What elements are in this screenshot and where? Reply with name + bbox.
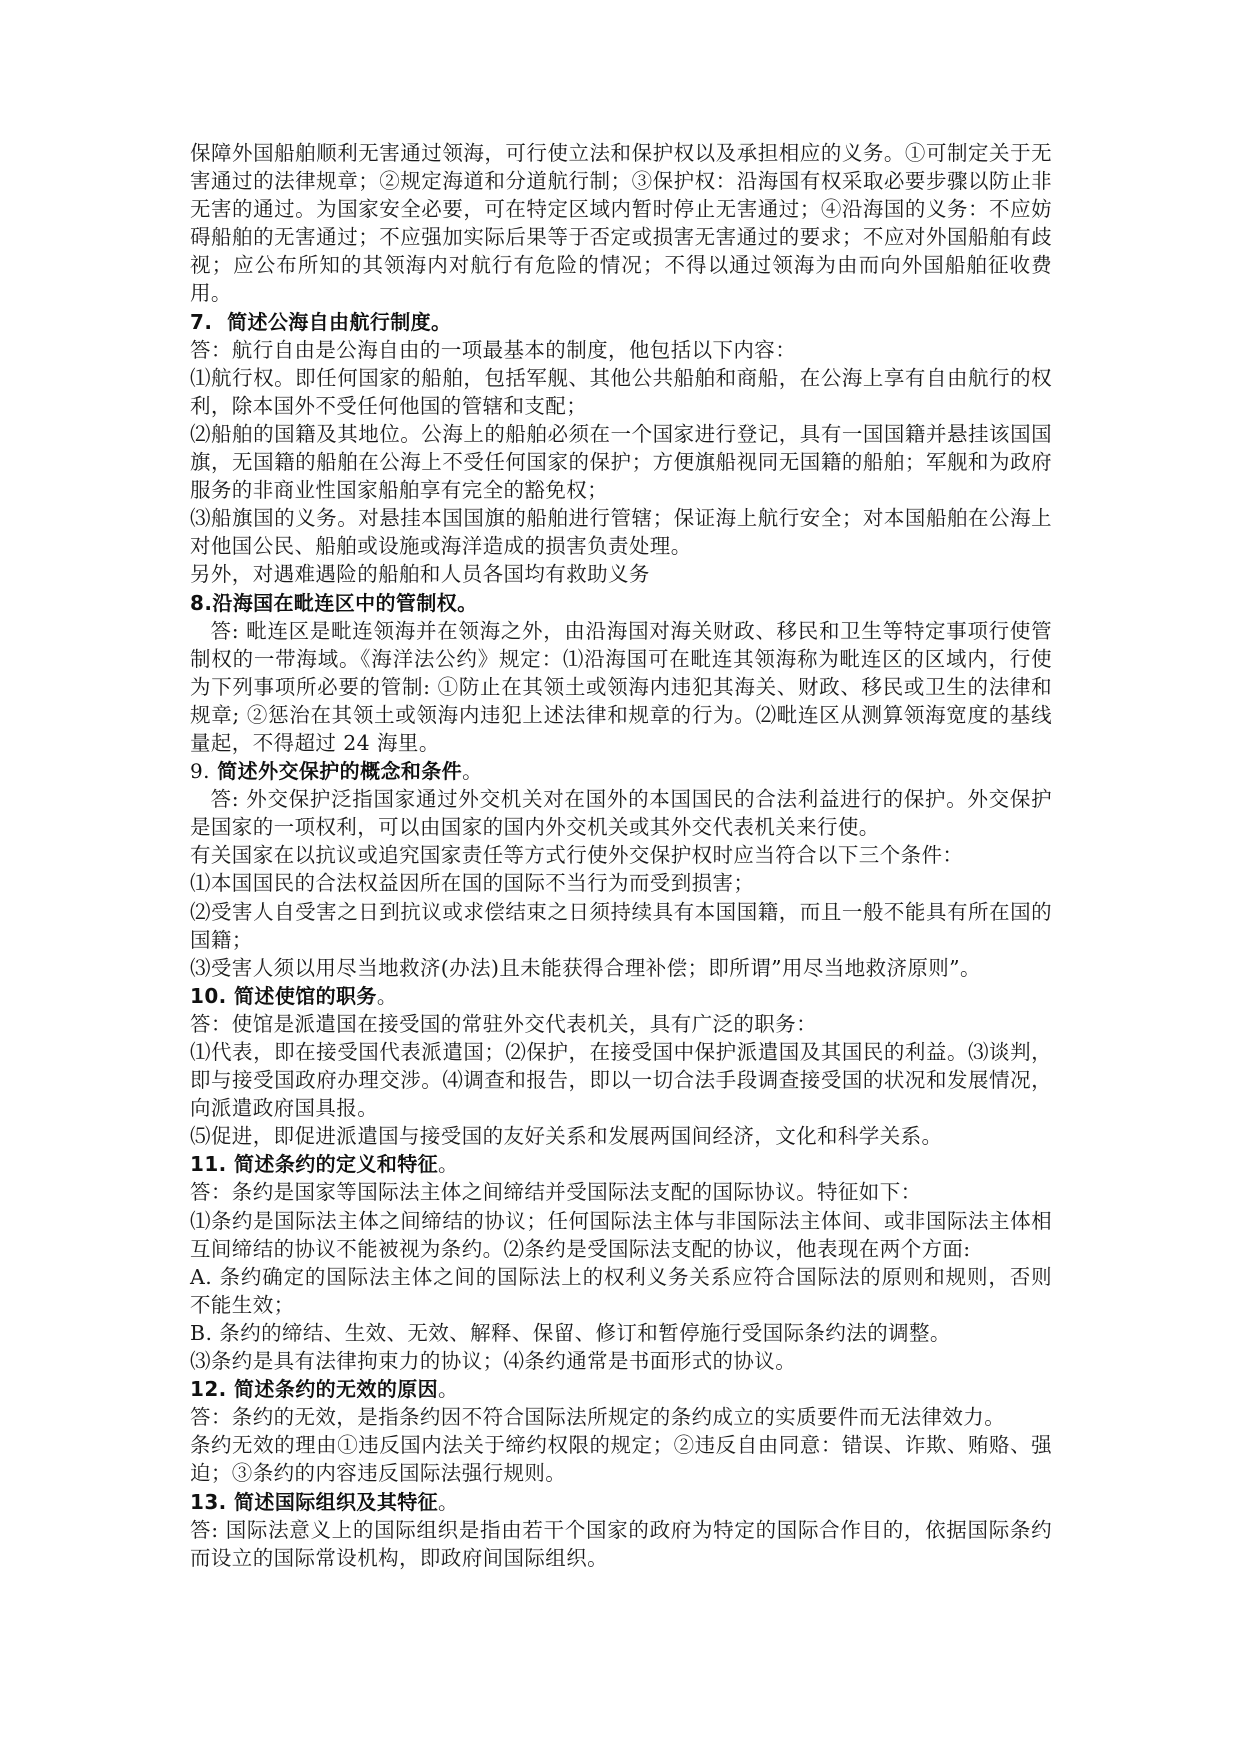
section-number: 13. [190, 1490, 227, 1514]
section-heading-9: 9. 简述外交保护的概念和条件。 [190, 757, 1052, 785]
section-number: 11. [190, 1152, 227, 1176]
section-number: 10. [190, 984, 227, 1008]
answer-paragraph: ⑴航行权。即任何国家的船舶，包括军舰、其他公共船舶和商船，在公海上享有自由航行的… [190, 364, 1052, 420]
section-heading-11: 11. 简述条约的定义和特征。 [190, 1150, 1052, 1178]
section-title: 简述条约的定义和特征 [234, 1152, 438, 1176]
section-title-tail: 。 [438, 1152, 458, 1176]
answer-paragraph: 答：条约的无效，是指条约因不符合国际法所规定的条约成立的实质要件而无法律效力。 [190, 1403, 1052, 1431]
section-title: 简述公海自由航行制度。 [227, 310, 451, 334]
section-title: 沿海国在毗连区中的管制权。 [212, 591, 477, 615]
section-title: 简述条约的无效的原因 [234, 1377, 438, 1401]
document-page: 保障外国船舶顺利无害通过领海，可行使立法和保护权以及承担相应的义务。①可制定关于… [190, 139, 1052, 1572]
section-title-tail: 。 [438, 1377, 458, 1401]
answer-paragraph: A. 条约确定的国际法主体之间的国际法上的权利义务关系应符合国际法的原则和规则，… [190, 1263, 1052, 1319]
section-title: 简述外交保护的概念和条件 [217, 759, 462, 783]
section-heading-10: 10. 简述使馆的职务。 [190, 982, 1052, 1010]
section-title-tail: 。 [438, 1490, 458, 1514]
answer-paragraph: 答：使馆是派遣国在接受国的常驻外交代表机关，具有广泛的职务： [190, 1010, 1052, 1038]
answer-paragraph: ⑴本国国民的合法权益因所在国的国际不当行为而受到损害； [190, 869, 1052, 897]
answer-paragraph: 答: 国际法意义上的国际组织是指由若干个国家的政府为特定的国际合作目的，依据国际… [190, 1516, 1052, 1572]
answer-paragraph: ⑵船舶的国籍及其地位。公海上的船舶必须在一个国家进行登记，具有一国国籍并悬挂该国… [190, 420, 1052, 504]
section-heading-12: 12. 简述条约的无效的原因。 [190, 1375, 1052, 1403]
section-heading-13: 13. 简述国际组织及其特征。 [190, 1488, 1052, 1516]
answer-paragraph: ⑶条约是具有法律拘束力的协议；⑷条约通常是书面形式的协议。 [190, 1347, 1052, 1375]
answer-paragraph: 答：条约是国家等国际法主体之间缔结并受国际法支配的国际协议。特征如下： [190, 1178, 1052, 1206]
answer-paragraph: ⑸促进，即促进派遣国与接受国的友好关系和发展两国间经济，文化和科学关系。 [190, 1122, 1052, 1150]
answer-paragraph: 答：航行自由是公海自由的一项最基本的制度，他包括以下内容： [190, 336, 1052, 364]
answer-paragraph: 另外，对遇难遇险的船舶和人员各国均有救助义务 [190, 560, 1052, 588]
answer-paragraph: ⑶受害人须以用尽当地救济(办法)且未能获得合理补偿；即所谓”用尽当地救济原则”。 [190, 954, 1052, 982]
section-title-tail: 。 [377, 984, 397, 1008]
section-heading-7: 7. 简述公海自由航行制度。 [190, 308, 1052, 336]
answer-paragraph: 条约无效的理由①违反国内法关于缔约权限的规定；②违反自由同意：错误、诈欺、贿赂、… [190, 1431, 1052, 1487]
section-number: 7. [190, 310, 212, 334]
answer-paragraph: ⑶船旗国的义务。对悬挂本国国旗的船舶进行管辖；保证海上航行安全；对本国船舶在公海… [190, 504, 1052, 560]
answer-paragraph: ⑵受害人自受害之日到抗议或求偿结束之日须持续具有本国国籍，而且一般不能具有所在国… [190, 898, 1052, 954]
answer-paragraph: 答: 毗连区是毗连领海并在领海之外，由沿海国对海关财政、移民和卫生等特定事项行使… [190, 617, 1052, 757]
answer-paragraph: B. 条约的缔结、生效、无效、解释、保留、修订和暂停施行受国际条约法的调整。 [190, 1319, 1052, 1347]
section-heading-8: 8.沿海国在毗连区中的管制权。 [190, 589, 1052, 617]
intro-paragraph: 保障外国船舶顺利无害通过领海，可行使立法和保护权以及承担相应的义务。①可制定关于… [190, 139, 1052, 308]
section-number: 12. [190, 1377, 227, 1401]
section-number: 8. [190, 591, 212, 615]
answer-paragraph: 有关国家在以抗议或追究国家责任等方式行使外交保护权时应当符合以下三个条件： [190, 841, 1052, 869]
section-title: 简述使馆的职务 [234, 984, 377, 1008]
answer-paragraph: ⑴代表，即在接受国代表派遣国；⑵保护，在接受国中保护派遣国及其国民的利益。⑶谈判… [190, 1038, 1052, 1122]
section-number: 9. [190, 759, 210, 783]
section-title: 简述国际组织及其特征 [234, 1490, 438, 1514]
answer-paragraph: 答: 外交保护泛指国家通过外交机关对在国外的本国国民的合法利益进行的保护。外交保… [190, 785, 1052, 841]
answer-paragraph: ⑴条约是国际法主体之间缔结的协议；任何国际法主体与非国际法主体间、或非国际法主体… [190, 1207, 1052, 1263]
section-title-tail: 。 [462, 759, 482, 783]
